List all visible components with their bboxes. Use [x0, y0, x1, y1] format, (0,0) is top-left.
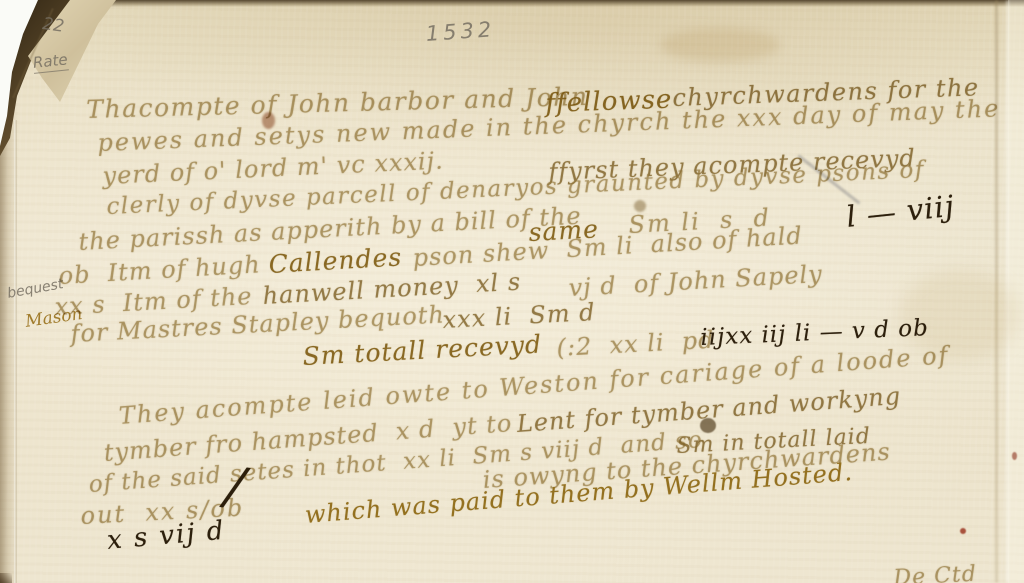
manuscript-line: Sm totall recevyd — [302, 331, 543, 369]
manuscript-line: l — viij — [845, 192, 956, 232]
manuscript-line: (:2 xx li pd — [556, 328, 715, 360]
handwriting-layer: Thacompte of John barbor and Johnffellow… — [0, 0, 1024, 583]
manuscript-line: De Ctd — [893, 564, 977, 583]
manuscript-scan: 22 Rate 1532 bequest Mason Thacompte of … — [0, 0, 1024, 583]
manuscript-line: xxx li Sm d — [442, 300, 596, 332]
manuscript-line: vj d of John Sapely — [568, 262, 823, 300]
manuscript-line: Callendes — [268, 244, 403, 277]
